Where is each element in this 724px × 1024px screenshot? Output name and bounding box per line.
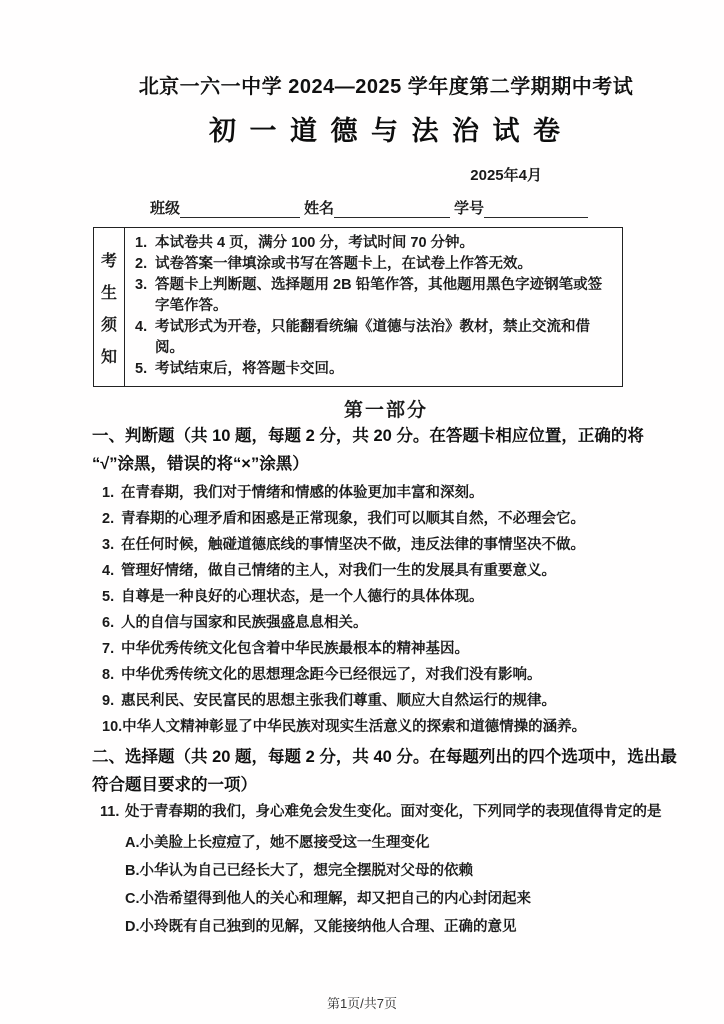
judgement-item: 7. 中华优秀传统文化包含着中华民族最根本的精神基因。 bbox=[92, 639, 680, 659]
item-text: 中华优秀传统文化包含着中华民族最根本的精神基因。 bbox=[121, 639, 680, 659]
item-text: 人的自信与国家和民族强盛息息相关。 bbox=[121, 613, 680, 633]
exam-title: 初 一 道 德 与 法 治 试 卷 bbox=[92, 109, 680, 148]
exam-date: 2025年4月 bbox=[92, 164, 680, 185]
option-label: C. bbox=[125, 891, 140, 907]
notice-item-text: 试卷答案一律填涂或书写在答题卡上，在试卷上作答无效。 bbox=[155, 254, 616, 275]
judgement-item: 2. 青春期的心理矛盾和困惑是正常现象，我们可以顺其自然，不必理会它。 bbox=[92, 509, 680, 529]
judgement-item: 8. 中华优秀传统文化的思想理念距今已经很远了，对我们没有影响。 bbox=[92, 665, 680, 685]
item-text: 在任何时候，触碰道德底线的事情坚决不做，违反法律的事情坚决不做。 bbox=[121, 535, 680, 555]
class-label: 班级 bbox=[150, 200, 180, 217]
notice-item-number: 2. bbox=[131, 254, 155, 275]
id-blank-field bbox=[484, 202, 588, 218]
item-number: 3. bbox=[92, 535, 121, 555]
item-number: 1. bbox=[92, 483, 121, 503]
notice-side-char: 考 bbox=[101, 248, 117, 271]
option-b: B.小华认为自己已经长大了，想完全摆脱对父母的依赖 bbox=[125, 857, 680, 885]
item-number: 7. bbox=[92, 639, 121, 659]
judgement-item: 3. 在任何时候，触碰道德底线的事情坚决不做，违反法律的事情坚决不做。 bbox=[92, 535, 680, 555]
item-text: 中华人文精神彰显了中华民族对现实生活意义的探索和道德情操的涵养。 bbox=[122, 717, 680, 737]
notice-side-char: 知 bbox=[101, 344, 117, 367]
question-number: 11. bbox=[92, 801, 125, 823]
item-number: 5. bbox=[92, 587, 121, 607]
item-text: 青春期的心理矛盾和困惑是正常现象，我们可以顺其自然，不必理会它。 bbox=[121, 509, 680, 529]
notice-item-text: 本试卷共 4 页，满分 100 分，考试时间 70 分钟。 bbox=[155, 233, 616, 254]
notice-item-number: 4. bbox=[131, 317, 155, 359]
option-text: 小玲既有自己独到的见解，又能接纳他人合理、正确的意见 bbox=[140, 919, 517, 935]
notice-item-number: 3. bbox=[131, 275, 155, 317]
item-text: 在青春期，我们对于情绪和情感的体验更加丰富和深刻。 bbox=[121, 483, 680, 503]
school-exam-line: 北京一六一中学 2024—2025 学年度第二学期期中考试 bbox=[92, 70, 680, 99]
item-text: 中华优秀传统文化的思想理念距今已经很远了，对我们没有影响。 bbox=[121, 665, 680, 685]
exam-paper-page: 北京一六一中学 2024—2025 学年度第二学期期中考试 初 一 道 德 与 … bbox=[0, 0, 724, 1024]
notice-side-label: 考 生 须 知 bbox=[94, 228, 125, 386]
notice-item: 3. 答题卡上判断题、选择题用 2B 铅笔作答，其他题用黑色字迹钢笔或签字笔作答… bbox=[131, 275, 616, 317]
question-text: 处于青春期的我们，身心难免会发生变化。面对变化，下列同学的表现值得肯定的是 bbox=[125, 801, 680, 823]
question-11-options: A.小美脸上长痘痘了，她不愿接受这一生理变化 B.小华认为自己已经长大了，想完全… bbox=[92, 829, 680, 941]
option-label: B. bbox=[125, 863, 140, 879]
judgement-item: 1. 在青春期，我们对于情绪和情感的体验更加丰富和深刻。 bbox=[92, 483, 680, 503]
item-number: 4. bbox=[92, 561, 121, 581]
question-11: 11. 处于青春期的我们，身心难免会发生变化。面对变化，下列同学的表现值得肯定的… bbox=[92, 801, 680, 823]
candidate-notice-box: 考 生 须 知 1. 本试卷共 4 页，满分 100 分，考试时间 70 分钟。… bbox=[93, 227, 623, 387]
option-text: 小美脸上长痘痘了，她不愿接受这一生理变化 bbox=[140, 835, 430, 851]
notice-item-text: 答题卡上判断题、选择题用 2B 铅笔作答，其他题用黑色字迹钢笔或签字笔作答。 bbox=[155, 275, 616, 317]
notice-item-text: 考试形式为开卷，只能翻看统编《道德与法治》教材，禁止交流和借阅。 bbox=[155, 317, 616, 359]
item-text: 管理好情绪，做自己情绪的主人，对我们一生的发展具有重要意义。 bbox=[121, 561, 680, 581]
notice-side-char: 生 bbox=[101, 280, 117, 303]
option-c: C.小浩希望得到他人的关心和理解，却又把自己的内心封闭起来 bbox=[125, 885, 680, 913]
notice-item: 1. 本试卷共 4 页，满分 100 分，考试时间 70 分钟。 bbox=[131, 233, 616, 254]
judgement-heading-line2: “√”涂黑，错误的将“×”涂黑） bbox=[92, 450, 680, 478]
judgement-section-heading: 一、判断题（共 10 题，每题 2 分，共 20 分。在答题卡相应位置，正确的将… bbox=[92, 422, 680, 478]
item-number: 2. bbox=[92, 509, 121, 529]
judgement-item: 4. 管理好情绪，做自己情绪的主人，对我们一生的发展具有重要意义。 bbox=[92, 561, 680, 581]
page-content: 北京一六一中学 2024—2025 学年度第二学期期中考试 初 一 道 德 与 … bbox=[0, 70, 724, 941]
option-text: 小华认为自己已经长大了，想完全摆脱对父母的依赖 bbox=[140, 863, 474, 879]
judgement-heading-line1: 一、判断题（共 10 题，每题 2 分，共 20 分。在答题卡相应位置，正确的将 bbox=[92, 422, 680, 450]
option-label: D. bbox=[125, 919, 140, 935]
notice-item-text: 考试结束后，将答题卡交回。 bbox=[155, 359, 616, 380]
notice-item-number: 5. bbox=[131, 359, 155, 380]
option-text: 小浩希望得到他人的关心和理解，却又把自己的内心封闭起来 bbox=[140, 891, 532, 907]
item-number: 6. bbox=[92, 613, 121, 633]
notice-item: 4. 考试形式为开卷，只能翻看统编《道德与法治》教材，禁止交流和借阅。 bbox=[131, 317, 616, 359]
item-text: 自尊是一种良好的心理状态，是一个人德行的具体体现。 bbox=[121, 587, 680, 607]
name-blank-field bbox=[334, 202, 450, 218]
notice-items: 1. 本试卷共 4 页，满分 100 分，考试时间 70 分钟。 2. 试卷答案… bbox=[125, 228, 622, 386]
class-blank-field bbox=[180, 202, 300, 218]
item-number: 8. bbox=[92, 665, 121, 685]
page-number-indicator: 第1页/共7页 bbox=[0, 993, 724, 1012]
judgement-item: 5. 自尊是一种良好的心理状态，是一个人德行的具体体现。 bbox=[92, 587, 680, 607]
item-text: 惠民利民、安民富民的思想主张我们尊重、顺应大自然运行的规律。 bbox=[121, 691, 680, 711]
choice-section-heading: 二、选择题（共 20 题，每题 2 分，共 40 分。在每题列出的四个选项中，选… bbox=[92, 743, 680, 799]
item-number: 9. bbox=[92, 691, 121, 711]
option-d: D.小玲既有自己独到的见解，又能接纳他人合理、正确的意见 bbox=[125, 913, 680, 941]
item-number: 10. bbox=[92, 717, 122, 737]
option-label: A. bbox=[125, 835, 140, 851]
id-label: 学号 bbox=[454, 200, 484, 217]
notice-item: 2. 试卷答案一律填涂或书写在答题卡上，在试卷上作答无效。 bbox=[131, 254, 616, 275]
notice-item-number: 1. bbox=[131, 233, 155, 254]
notice-item: 5. 考试结束后，将答题卡交回。 bbox=[131, 359, 616, 380]
judgement-item: 6. 人的自信与国家和民族强盛息息相关。 bbox=[92, 613, 680, 633]
part1-title: 第一部分 bbox=[92, 395, 680, 422]
option-a: A.小美脸上长痘痘了，她不愿接受这一生理变化 bbox=[125, 829, 680, 857]
notice-side-char: 须 bbox=[101, 312, 117, 335]
choice-heading-line1: 二、选择题（共 20 题，每题 2 分，共 40 分。在每题列出的四个选项中，选… bbox=[92, 743, 680, 771]
choice-heading-line2: 符合题目要求的一项） bbox=[92, 771, 680, 799]
judgement-items: 1. 在青春期，我们对于情绪和情感的体验更加丰富和深刻。 2. 青春期的心理矛盾… bbox=[92, 483, 680, 737]
name-label: 姓名 bbox=[304, 200, 334, 217]
judgement-item: 9. 惠民利民、安民富民的思想主张我们尊重、顺应大自然运行的规律。 bbox=[92, 691, 680, 711]
student-info-line: 班级姓名学号 bbox=[92, 197, 680, 219]
judgement-item: 10. 中华人文精神彰显了中华民族对现实生活意义的探索和道德情操的涵养。 bbox=[92, 717, 680, 737]
